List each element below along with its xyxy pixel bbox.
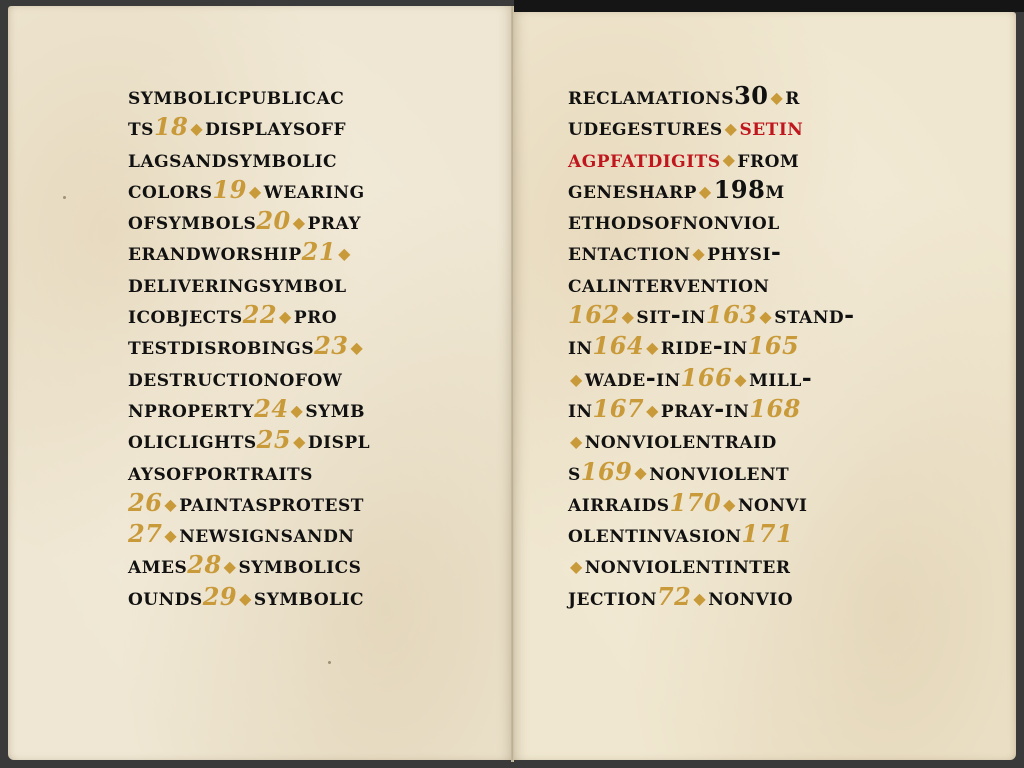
ink-text: displ — [308, 425, 370, 454]
text-line: olentinvasion171 — [568, 518, 908, 549]
gold-numeral: 164 — [593, 331, 645, 360]
open-book: symbolicpublicacts18◆displaysofflagsands… — [0, 0, 1024, 768]
gold-numeral: 22 — [243, 300, 277, 329]
ink-text: calintervention — [568, 269, 769, 298]
ink-text: lagsandsymbolic — [128, 144, 337, 173]
text-line: s169◆nonviolent — [568, 456, 908, 487]
gold-numeral: 169 — [581, 457, 633, 486]
ink-text: ofsymbols — [128, 206, 256, 235]
gold-numeral: 171 — [742, 519, 794, 548]
text-line: reclamations30◆r — [568, 80, 908, 111]
gold-diamond-separator-icon: ◆ — [293, 213, 306, 232]
text-line: genesharp◆198m — [568, 174, 908, 205]
ink-text: in — [568, 394, 593, 423]
text-line: ts18◆displaysoff — [128, 111, 468, 142]
ink-text: ounds — [128, 582, 203, 611]
ink-text: nproperty — [128, 394, 254, 423]
text-line: ethodsofnonviol — [568, 205, 908, 236]
gold-numeral: 170 — [670, 488, 722, 517]
text-line: destructionofow — [128, 362, 468, 393]
ink-text: symbolicpublicac — [128, 81, 344, 110]
ink-text: displaysoff — [205, 112, 346, 141]
gold-diamond-separator-icon: ◆ — [693, 589, 706, 608]
ink-text: symb — [305, 394, 365, 423]
ink-text: nonvio — [708, 582, 793, 611]
ink-text: in — [568, 331, 593, 360]
gold-diamond-separator-icon: ◆ — [570, 432, 583, 451]
ink-text: wade-in — [585, 363, 681, 392]
ink-text: nonviolentraid — [585, 425, 777, 454]
gold-numeral: 24 — [254, 394, 288, 423]
ink-text: pray — [308, 206, 361, 235]
gold-diamond-separator-icon: ◆ — [338, 244, 351, 263]
ink-text: erandworship — [128, 237, 302, 266]
gold-diamond-separator-icon: ◆ — [279, 307, 292, 326]
gold-diamond-separator-icon: ◆ — [634, 463, 647, 482]
gold-diamond-separator-icon: ◆ — [190, 119, 203, 138]
ink-text: stand- — [774, 300, 854, 329]
gold-diamond-separator-icon: ◆ — [723, 495, 736, 514]
text-line: testdisrobings23◆ — [128, 330, 468, 361]
ink-text: entaction — [568, 237, 690, 266]
gold-diamond-separator-icon: ◆ — [239, 589, 252, 608]
ink-text: nonvi — [738, 488, 808, 517]
ink-text: reclamations30 — [568, 81, 768, 110]
gold-diamond-separator-icon: ◆ — [570, 370, 583, 389]
ink-text: paintasprotest — [179, 488, 364, 517]
gold-numeral: 165 — [748, 331, 800, 360]
ink-text: nonviolentinter — [585, 550, 791, 579]
ink-text: icobjects — [128, 300, 243, 329]
text-line: in167◆pray-in168 — [568, 393, 908, 424]
gold-numeral: 19 — [213, 175, 247, 204]
ink-text: ts — [128, 112, 154, 141]
text-line: entaction◆physi- — [568, 236, 908, 267]
ink-text: olentinvasion — [568, 519, 742, 548]
text-line: ames28◆symbolics — [128, 549, 468, 580]
gold-numeral: 21 — [302, 237, 336, 266]
text-line: udegestures◆setin — [568, 111, 908, 142]
left-page-text: symbolicpublicacts18◆displaysofflagsands… — [128, 80, 468, 612]
paper-speck — [63, 196, 66, 199]
ink-text: testdisrobings — [128, 331, 314, 360]
text-line: ◆nonviolentraid — [568, 424, 908, 455]
text-line: in164◆ride-in165 — [568, 330, 908, 361]
gold-diamond-separator-icon: ◆ — [164, 495, 177, 514]
gold-numeral: 163 — [706, 300, 758, 329]
gold-diamond-separator-icon: ◆ — [164, 526, 177, 545]
ink-text: nonviolent — [649, 457, 789, 486]
text-line: calintervention — [568, 268, 908, 299]
gold-diamond-separator-icon: ◆ — [646, 401, 659, 420]
gold-numeral: 166 — [681, 363, 733, 392]
ink-text: ride-in — [661, 331, 748, 360]
text-line: agpfatdigits◆from — [568, 143, 908, 174]
background-shadow — [514, 0, 1024, 12]
rubric-red-text: setin — [739, 112, 803, 141]
gold-numeral: 168 — [749, 394, 801, 423]
ink-text: ames — [128, 550, 187, 579]
ink-text: wearing — [264, 175, 365, 204]
gold-numeral: 27 — [128, 519, 162, 548]
gold-diamond-separator-icon: ◆ — [224, 557, 237, 576]
gold-numeral: 20 — [256, 206, 290, 235]
text-line: ◆wade-in166◆mill- — [568, 362, 908, 393]
gold-diamond-separator-icon: ◆ — [622, 307, 635, 326]
ink-text: colors — [128, 175, 213, 204]
text-line: colors19◆wearing — [128, 174, 468, 205]
gold-numeral: 28 — [187, 550, 221, 579]
text-line: icobjects22◆pro — [128, 299, 468, 330]
ink-text: mill- — [749, 363, 812, 392]
text-line: erandworship21◆ — [128, 236, 468, 267]
text-line: symbolicpublicac — [128, 80, 468, 111]
gold-diamond-separator-icon: ◆ — [293, 432, 306, 451]
right-page-text: reclamations30◆rudegestures◆setinagpfatd… — [568, 80, 908, 612]
gold-diamond-separator-icon: ◆ — [291, 401, 304, 420]
ink-text: 198m — [714, 175, 785, 204]
text-line: airraids170◆nonvi — [568, 487, 908, 518]
text-line: aysofportraits — [128, 456, 468, 487]
gold-numeral: 23 — [314, 331, 348, 360]
gold-numeral: 162 — [568, 300, 620, 329]
ink-text: sit-in — [636, 300, 705, 329]
paper-speck — [328, 661, 331, 664]
ink-text: pro — [294, 300, 337, 329]
gold-diamond-separator-icon: ◆ — [646, 338, 659, 357]
gold-diamond-separator-icon: ◆ — [692, 244, 705, 263]
ink-text: newsignsandn — [179, 519, 354, 548]
ink-text: airraids — [568, 488, 670, 517]
text-line: lagsandsymbolic — [128, 143, 468, 174]
text-line: deliveringsymbol — [128, 268, 468, 299]
text-line: 27◆newsignsandn — [128, 518, 468, 549]
text-line: 162◆sit-in163◆stand- — [568, 299, 908, 330]
ink-text: deliveringsymbol — [128, 269, 347, 298]
gold-diamond-separator-icon: ◆ — [770, 88, 783, 107]
text-line: jection72◆nonvio — [568, 581, 908, 612]
gold-diamond-separator-icon: ◆ — [570, 557, 583, 576]
gold-numeral: 29 — [203, 582, 237, 611]
gold-diamond-separator-icon: ◆ — [759, 307, 772, 326]
gold-numeral: 18 — [154, 112, 188, 141]
gold-numeral: 167 — [593, 394, 645, 423]
text-line: 26◆paintasprotest — [128, 487, 468, 518]
ink-text: destructionofow — [128, 363, 342, 392]
gold-diamond-separator-icon: ◆ — [725, 119, 738, 138]
text-line: oliclights25◆displ — [128, 424, 468, 455]
gold-numeral: 26 — [128, 488, 162, 517]
ink-text: udegestures — [568, 112, 723, 141]
gold-diamond-separator-icon: ◆ — [723, 150, 736, 169]
gold-diamond-separator-icon: ◆ — [351, 338, 364, 357]
text-line: ◆nonviolentinter — [568, 549, 908, 580]
ink-text: s — [568, 457, 581, 486]
gold-diamond-separator-icon: ◆ — [699, 182, 712, 201]
text-line: nproperty24◆symb — [128, 393, 468, 424]
ink-text: symbolic — [254, 582, 364, 611]
ink-text: ethodsofnonviol — [568, 206, 780, 235]
gold-diamond-separator-icon: ◆ — [734, 370, 747, 389]
gold-diamond-separator-icon: ◆ — [249, 182, 262, 201]
text-line: ofsymbols20◆pray — [128, 205, 468, 236]
rubric-red-text: agpfatdigits — [568, 144, 721, 173]
gold-numeral: 72 — [657, 582, 691, 611]
ink-text: genesharp — [568, 175, 697, 204]
ink-text: jection — [568, 582, 657, 611]
ink-text: pray-in — [661, 394, 749, 423]
ink-text: aysofportraits — [128, 457, 313, 486]
ink-text: oliclights — [128, 425, 257, 454]
ink-text: r — [785, 81, 800, 110]
ink-text: symbolics — [238, 550, 361, 579]
ink-text: from — [737, 144, 799, 173]
gold-numeral: 25 — [257, 425, 291, 454]
ink-text: physi- — [707, 237, 781, 266]
text-line: ounds29◆symbolic — [128, 581, 468, 612]
